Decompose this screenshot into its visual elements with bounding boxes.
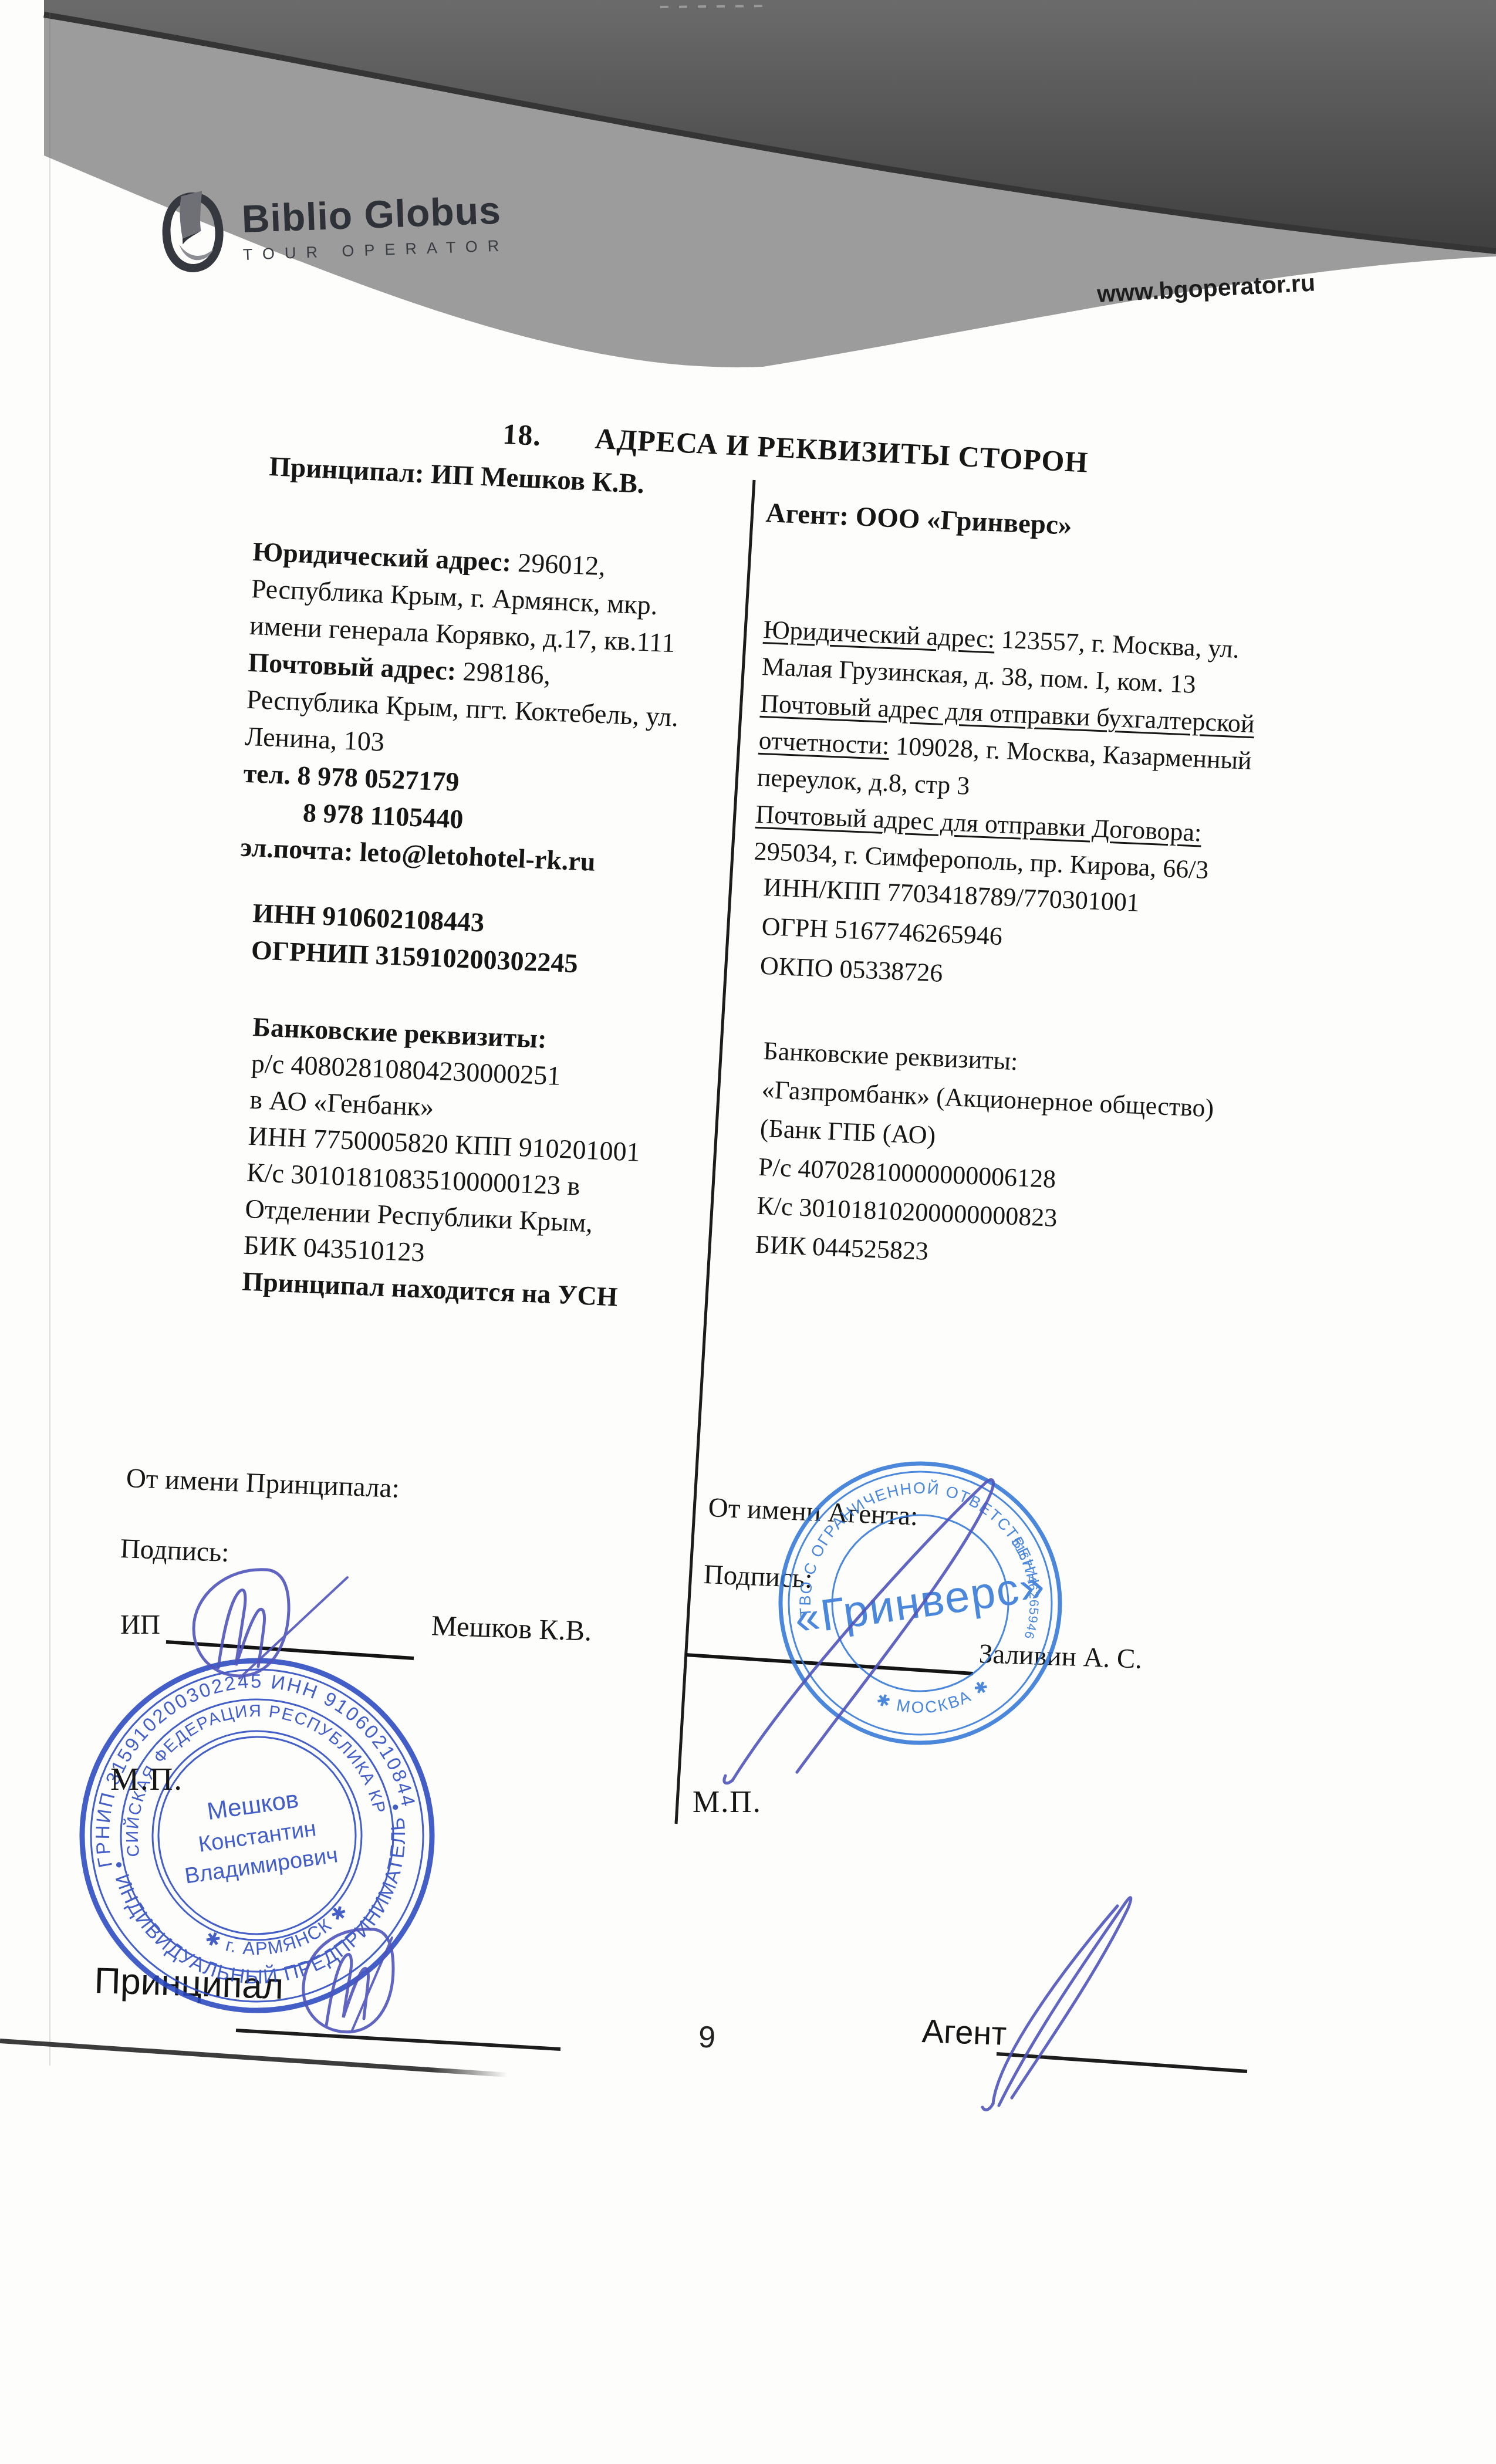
signature-agent-stamp-ink: [724, 1479, 994, 1783]
signature-principal-footer-ink: [303, 1929, 393, 2032]
signature-agent-footer-ink: [982, 1898, 1131, 2110]
scanned-contract-page: Biblio Globus TOUR OPERATOR www.bgoperat…: [0, 0, 1496, 2464]
pen-signatures: [0, 0, 1496, 2464]
signature-principal-ink: [194, 1570, 347, 1678]
